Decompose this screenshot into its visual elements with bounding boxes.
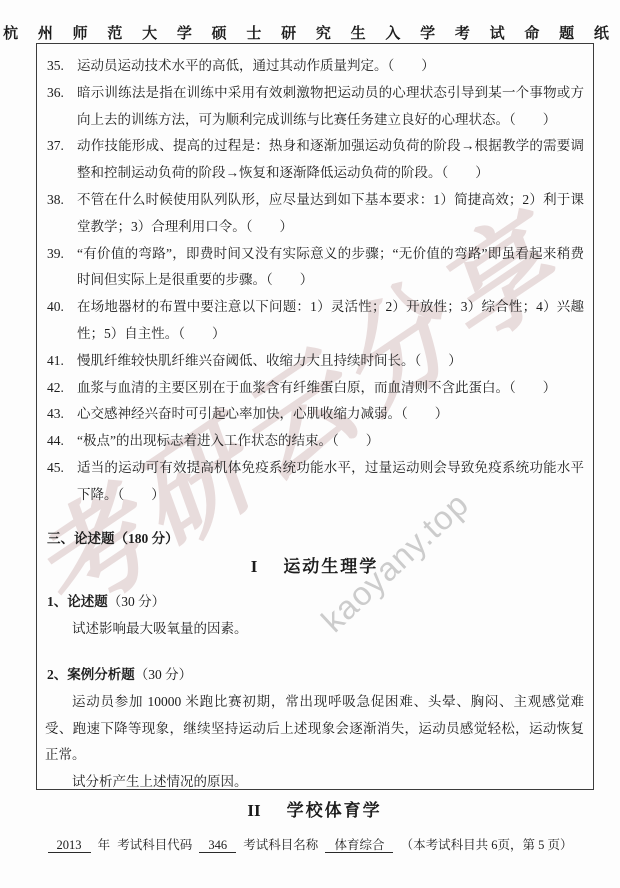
question-text: 在场地器材的布置中要注意以下问题：1）灵活性；2）开放性；3）综合性；4）兴趣性… <box>77 294 584 348</box>
question-number: 45. <box>45 455 77 509</box>
part-one-heading: I运动生理学 <box>45 554 584 580</box>
subject-name-label: 考试科目名称 <box>243 838 318 852</box>
question-number: 37. <box>45 133 77 187</box>
question-number: 42. <box>45 375 77 402</box>
part-two-title: 学校体育学 <box>287 801 382 820</box>
question-text: 不管在什么时候使用队列队形，应尽量达到如下基本要求：1）简捷高效；2）利于课堂教… <box>77 187 584 241</box>
question-text: 心交感神经兴奋时可引起心率加快，心肌收缩力减弱。（ ） <box>77 401 584 428</box>
question-row: 38. 不管在什么时候使用队列队形，应尽量达到如下基本要求：1）简捷高效；2）利… <box>45 187 584 241</box>
question-text: 血浆与血清的主要区别在于血浆含有纤维蛋白原，而血清则不含此蛋白。（ ） <box>77 375 584 402</box>
question-number: 39. <box>45 241 77 295</box>
question-row: 42. 血浆与血清的主要区别在于血浆含有纤维蛋白原，而血清则不含此蛋白。（ ） <box>45 375 584 402</box>
essay-question-1-name: 1、论述题 <box>47 594 108 609</box>
true-false-question-list: 35. 运动员运动技术水平的高低，通过其动作质量判定。（ ） 36. 暗示训练法… <box>45 53 584 509</box>
question-row: 40. 在场地器材的布置中要注意以下问题：1）灵活性；2）开放性；3）综合性；4… <box>45 294 584 348</box>
exam-paper-page: 考研云分享 kaoyany.top 杭 州 师 范 大 学 硕 士 研 究 生 … <box>0 0 620 888</box>
page-footer: 2013 年 考试科目代码 346 考试科目名称 体育综合 （本考试科目共 6页… <box>0 836 620 854</box>
question-number: 40. <box>45 294 77 348</box>
section-three-heading: 三、论述题（180 分） <box>45 526 584 553</box>
subject-code-label: 考试科目代码 <box>117 838 192 852</box>
case-question-task: 试分析产生上述情况的原因。 <box>45 769 584 796</box>
part-one-numeral: I <box>251 557 258 576</box>
essay-question-1-score: （30 分） <box>108 594 165 609</box>
question-row: 36. 暗示训练法是指在训练中采用有效刺激物把运动员的心理状态引导到某一个事物或… <box>45 80 584 134</box>
part-two-heading: II学校体育学 <box>45 798 584 824</box>
question-number: 35. <box>45 53 77 80</box>
question-text: “有价值的弯路”，即费时间又没有实际意义的步骤；“无价值的弯路”即虽看起来稍费时… <box>77 241 584 295</box>
page-title: 杭 州 师 范 大 学 硕 士 研 究 生 入 学 考 试 命 题 纸 <box>0 22 620 43</box>
subject-code-value: 346 <box>199 838 236 853</box>
part-one-title: 运动生理学 <box>283 557 378 576</box>
question-row: 45. 适当的运动可有效提高机体免疫系统功能水平，过量运动则会导致免疫系统功能水… <box>45 455 584 509</box>
question-row: 39. “有价值的弯路”，即费时间又没有实际意义的步骤；“无价值的弯路”即虽看起… <box>45 241 584 295</box>
essay-question-1-body: 试述影响最大吸氧量的因素。 <box>45 616 584 643</box>
content-frame: 35. 运动员运动技术水平的高低，通过其动作质量判定。（ ） 36. 暗示训练法… <box>36 43 594 790</box>
question-text: 运动员运动技术水平的高低，通过其动作质量判定。（ ） <box>77 53 584 80</box>
question-row: 37. 动作技能形成、提高的过程是：热身和逐渐加强运动负荷的阶段→根据教学的需要… <box>45 133 584 187</box>
essay-question-1-label: 1、论述题（30 分） <box>45 589 584 616</box>
question-number: 41. <box>45 348 77 375</box>
question-number: 36. <box>45 80 77 134</box>
question-number: 44. <box>45 428 77 455</box>
subject-name-value: 体育综合 <box>325 838 393 853</box>
part-two-numeral: II <box>247 801 260 820</box>
exam-year-value: 2013 <box>48 838 91 853</box>
case-question-score: （30 分） <box>135 667 192 682</box>
question-row: 43. 心交感神经兴奋时可引起心率加快，心肌收缩力减弱。（ ） <box>45 401 584 428</box>
question-text: 动作技能形成、提高的过程是：热身和逐渐加强运动负荷的阶段→根据教学的需要调整和控… <box>77 133 584 187</box>
question-text: 暗示训练法是指在训练中采用有效刺激物把运动员的心理状态引导到某一个事物或方向上去… <box>77 80 584 134</box>
question-text: 适当的运动可有效提高机体免疫系统功能水平，过量运动则会导致免疫系统功能水平下降。… <box>77 455 584 509</box>
case-question-label: 2、案例分析题（30 分） <box>45 662 584 689</box>
question-text: “极点”的出现标志着进入工作状态的结束。（ ） <box>77 428 584 455</box>
exam-year-suffix: 年 <box>98 838 111 852</box>
question-row: 44. “极点”的出现标志着进入工作状态的结束。（ ） <box>45 428 584 455</box>
case-question-paragraph: 运动员参加 10000 米跑比赛初期，常出现呼吸急促困难、头晕、胸闷、主观感觉难… <box>45 689 584 769</box>
question-row: 41. 慢肌纤维较快肌纤维兴奋阈低、收缩力大且持续时间长。（ ） <box>45 348 584 375</box>
case-question-name: 2、案例分析题 <box>47 667 135 682</box>
page-count-note: （本考试科目共 6页，第 5 页） <box>401 838 573 852</box>
question-text: 慢肌纤维较快肌纤维兴奋阈低、收缩力大且持续时间长。（ ） <box>77 348 584 375</box>
question-number: 43. <box>45 401 77 428</box>
question-row: 35. 运动员运动技术水平的高低，通过其动作质量判定。（ ） <box>45 53 584 80</box>
question-number: 38. <box>45 187 77 241</box>
